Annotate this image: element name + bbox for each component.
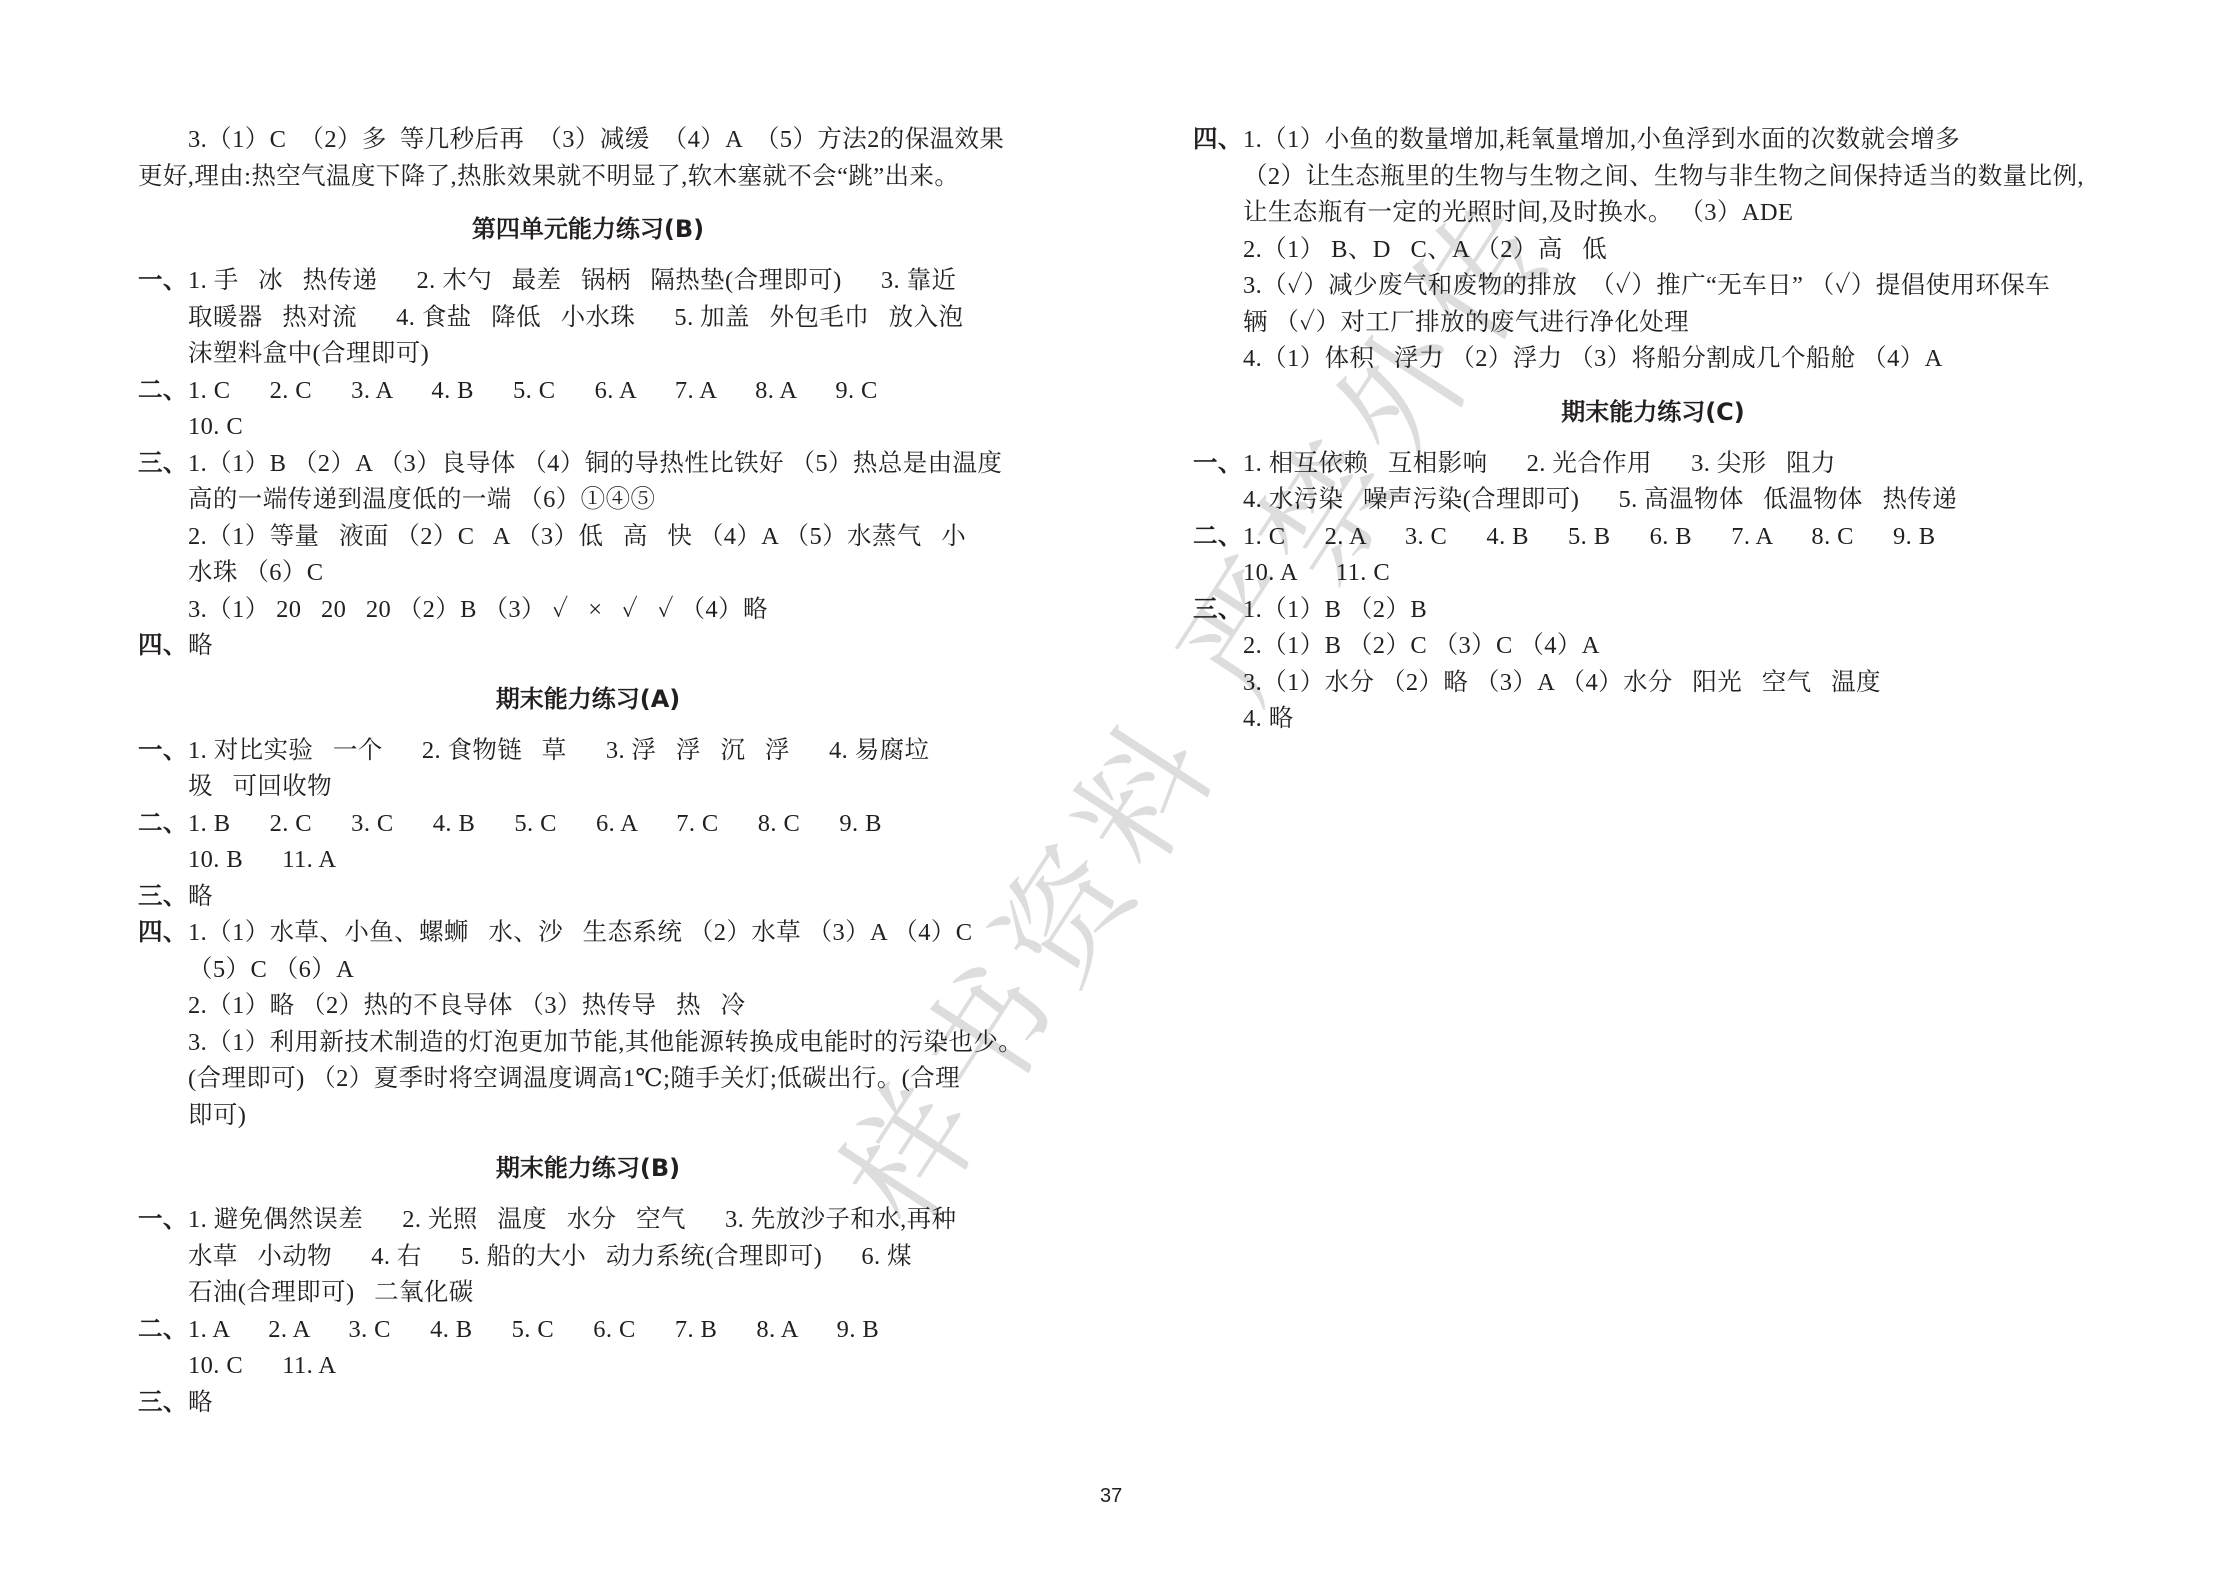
answer-line: 1. A 2. A 3. C 4. B 5. C 6. C 7. B 8. A …: [188, 1312, 1038, 1349]
answer-line: 1. 相互依赖 互相影响 2. 光合作用 3. 尖形 阻力: [1243, 446, 2113, 483]
answer-block: 三、 略: [138, 1385, 1038, 1422]
part-number: 一、: [138, 733, 188, 770]
answer-line: 1. C 2. C 3. A 4. B 5. C 6. A 7. A 8. A …: [188, 373, 1038, 410]
section-title-final-a: 期末能力练习(A): [138, 681, 1038, 717]
answer-block: 二、 1. A 2. A 3. C 4. B 5. C 6. C 7. B 8.…: [138, 1312, 1038, 1385]
section-title-final-c: 期末能力练习(C): [1193, 394, 2113, 430]
answer-line: 10. C: [188, 409, 1038, 446]
part-number: 二、: [138, 1312, 188, 1349]
answer-line: 让生态瓶有一定的光照时间,及时换水。 （3）ADE: [1243, 195, 2113, 232]
answer-block: 四、 略: [138, 628, 1038, 665]
right-column: 四、 1.（1）小鱼的数量增加,耗氧量增加,小鱼浮到水面的次数就会增多 （2）让…: [1193, 122, 2113, 738]
answer-line: 水草 小动物 4. 右 5. 船的大小 动力系统(合理即可) 6. 煤: [188, 1239, 1038, 1276]
answer-line: 4. 水污染 噪声污染(合理即可) 5. 高温物体 低温物体 热传递: [1243, 482, 2113, 519]
answer-line: 10. C 11. A: [188, 1348, 1038, 1385]
answer-line: 3.（1） 20 20 20 （2）B （3） ✓ × ✓ ✓ （4）略: [188, 592, 1038, 629]
left-column: 3.（1）C （2）多 等几秒后再 （3）减缓 （4）A （5）方法2的保温效果…: [138, 122, 1038, 1421]
answer-line: 10. A 11. C: [1243, 555, 2113, 592]
answer-line: 2.（1）略 （2）热的不良导体 （3）热传导 热 冷: [188, 988, 1038, 1025]
answer-block: 四、 1.（1）水草、小鱼、螺蛳 水、沙 生态系统 （2）水草 （3）A （4）…: [138, 915, 1038, 1134]
answer-block: 二、 1. C 2. C 3. A 4. B 5. C 6. A 7. A 8.…: [138, 373, 1038, 446]
answer-line: 2.（1） B、D C、A （2）高 低: [1243, 232, 2113, 269]
part-number: 四、: [1193, 122, 1243, 159]
answer-block: 一、 1. 手 冰 热传递 2. 木勺 最差 锅柄 隔热垫(合理即可) 3. 靠…: [138, 263, 1038, 373]
answer-line: 石油(合理即可) 二氧化碳: [188, 1275, 1038, 1312]
section-title-final-b: 期末能力练习(B): [138, 1150, 1038, 1186]
answer-line: 高的一端传递到温度低的一端 （6）①④⑤: [188, 482, 1038, 519]
answer-block: 三、 1.（1）B （2）B 2.（1）B （2）C （3）C （4）A 3.（…: [1193, 592, 2113, 738]
answer-line: 1.（1）水草、小鱼、螺蛳 水、沙 生态系统 （2）水草 （3）A （4）C: [188, 915, 1038, 952]
answer-line: 10. B 11. A: [188, 842, 1038, 879]
answer-line: 1. C 2. A 3. C 4. B 5. B 6. B 7. A 8. C …: [1243, 519, 2113, 556]
part-number: 三、: [138, 1385, 188, 1422]
part-number: 一、: [138, 1202, 188, 1239]
page-number: 37: [1100, 1485, 1122, 1508]
answer-line: 1. 避免偶然误差 2. 光照 温度 水分 空气 3. 先放沙子和水,再种: [188, 1202, 1038, 1239]
answer-line: 略: [188, 628, 1038, 665]
answer-line: 3.（✓）减少废气和废物的排放 （✓）推广“无车日” （✓）提倡使用环保车: [1243, 268, 2113, 305]
answer-block: 二、 1. C 2. A 3. C 4. B 5. B 6. B 7. A 8.…: [1193, 519, 2113, 592]
answer-line: 4. 略: [1243, 701, 2113, 738]
answer-line: 取暖器 热对流 4. 食盐 降低 小水珠 5. 加盖 外包毛巾 放入泡: [188, 300, 1038, 337]
answer-line: 略: [188, 879, 1038, 916]
answer-line: 1.（1）B （2）B: [1243, 592, 2113, 629]
answer-line: 圾 可回收物: [188, 769, 1038, 806]
part-number: 一、: [1193, 446, 1243, 483]
answer-block: 一、 1. 避免偶然误差 2. 光照 温度 水分 空气 3. 先放沙子和水,再种…: [138, 1202, 1038, 1312]
part-number: 二、: [138, 373, 188, 410]
answer-line: 1. 对比实验 一个 2. 食物链 草 3. 浮 浮 沉 浮 4. 易腐垃: [188, 733, 1038, 770]
intro-line: 3.（1）C （2）多 等几秒后再 （3）减缓 （4）A （5）方法2的保温效果: [138, 122, 1038, 159]
answer-line: 3.（1）水分 （2）略 （3）A （4）水分 阳光 空气 温度: [1243, 665, 2113, 702]
answer-line: 辆 （✓）对工厂排放的废气进行净化处理: [1243, 305, 2113, 342]
section-title-unit4b: 第四单元能力练习(B): [138, 211, 1038, 247]
answer-line: 1.（1）B （2）A （3）良导体 （4）铜的导热性比铁好 （5）热总是由温度: [188, 446, 1038, 483]
answer-line: 略: [188, 1385, 1038, 1422]
answer-block: 四、 1.（1）小鱼的数量增加,耗氧量增加,小鱼浮到水面的次数就会增多 （2）让…: [1193, 122, 2113, 378]
answer-line: 水珠 （6）C: [188, 555, 1038, 592]
answer-line: （5）C （6）A: [188, 952, 1038, 989]
answer-block: 一、 1. 对比实验 一个 2. 食物链 草 3. 浮 浮 沉 浮 4. 易腐垃…: [138, 733, 1038, 806]
part-number: 四、: [138, 628, 188, 665]
answer-line: 即可): [188, 1098, 1038, 1135]
part-number: 一、: [138, 263, 188, 300]
answer-block: 三、 1.（1）B （2）A （3）良导体 （4）铜的导热性比铁好 （5）热总是…: [138, 446, 1038, 629]
answer-line: 4.（1）体积 浮力 （2）浮力 （3）将船分割成几个船舱 （4）A: [1243, 341, 2113, 378]
answer-line: 1. B 2. C 3. C 4. B 5. C 6. A 7. C 8. C …: [188, 806, 1038, 843]
part-number: 二、: [1193, 519, 1243, 556]
answer-line: (合理即可) （2）夏季时将空调温度调高1℃;随手关灯;低碳出行。(合理: [188, 1061, 1038, 1098]
answer-line: 1.（1）小鱼的数量增加,耗氧量增加,小鱼浮到水面的次数就会增多: [1243, 122, 2113, 159]
answer-line: 沫塑料盒中(合理即可): [188, 336, 1038, 373]
answer-block: 二、 1. B 2. C 3. C 4. B 5. C 6. A 7. C 8.…: [138, 806, 1038, 879]
answer-block: 三、 略: [138, 879, 1038, 916]
intro-line: 更好,理由:热空气温度下降了,热胀效果就不明显了,软木塞就不会“跳”出来。: [138, 159, 1038, 196]
answer-line: 2.（1）等量 液面 （2）C A （3）低 高 快 （4）A （5）水蒸气 小: [188, 519, 1038, 556]
answer-block: 一、 1. 相互依赖 互相影响 2. 光合作用 3. 尖形 阻力 4. 水污染 …: [1193, 446, 2113, 519]
part-number: 三、: [138, 879, 188, 916]
part-number: 三、: [138, 446, 188, 483]
part-number: 二、: [138, 806, 188, 843]
part-number: 四、: [138, 915, 188, 952]
answer-line: （2）让生态瓶里的生物与生物之间、生物与非生物之间保持适当的数量比例,: [1243, 159, 2113, 196]
answer-line: 2.（1）B （2）C （3）C （4）A: [1243, 628, 2113, 665]
answer-line: 1. 手 冰 热传递 2. 木勺 最差 锅柄 隔热垫(合理即可) 3. 靠近: [188, 263, 1038, 300]
part-number: 三、: [1193, 592, 1243, 629]
answer-line: 3.（1）利用新技术制造的灯泡更加节能,其他能源转换成电能时的污染也少。: [188, 1025, 1038, 1062]
